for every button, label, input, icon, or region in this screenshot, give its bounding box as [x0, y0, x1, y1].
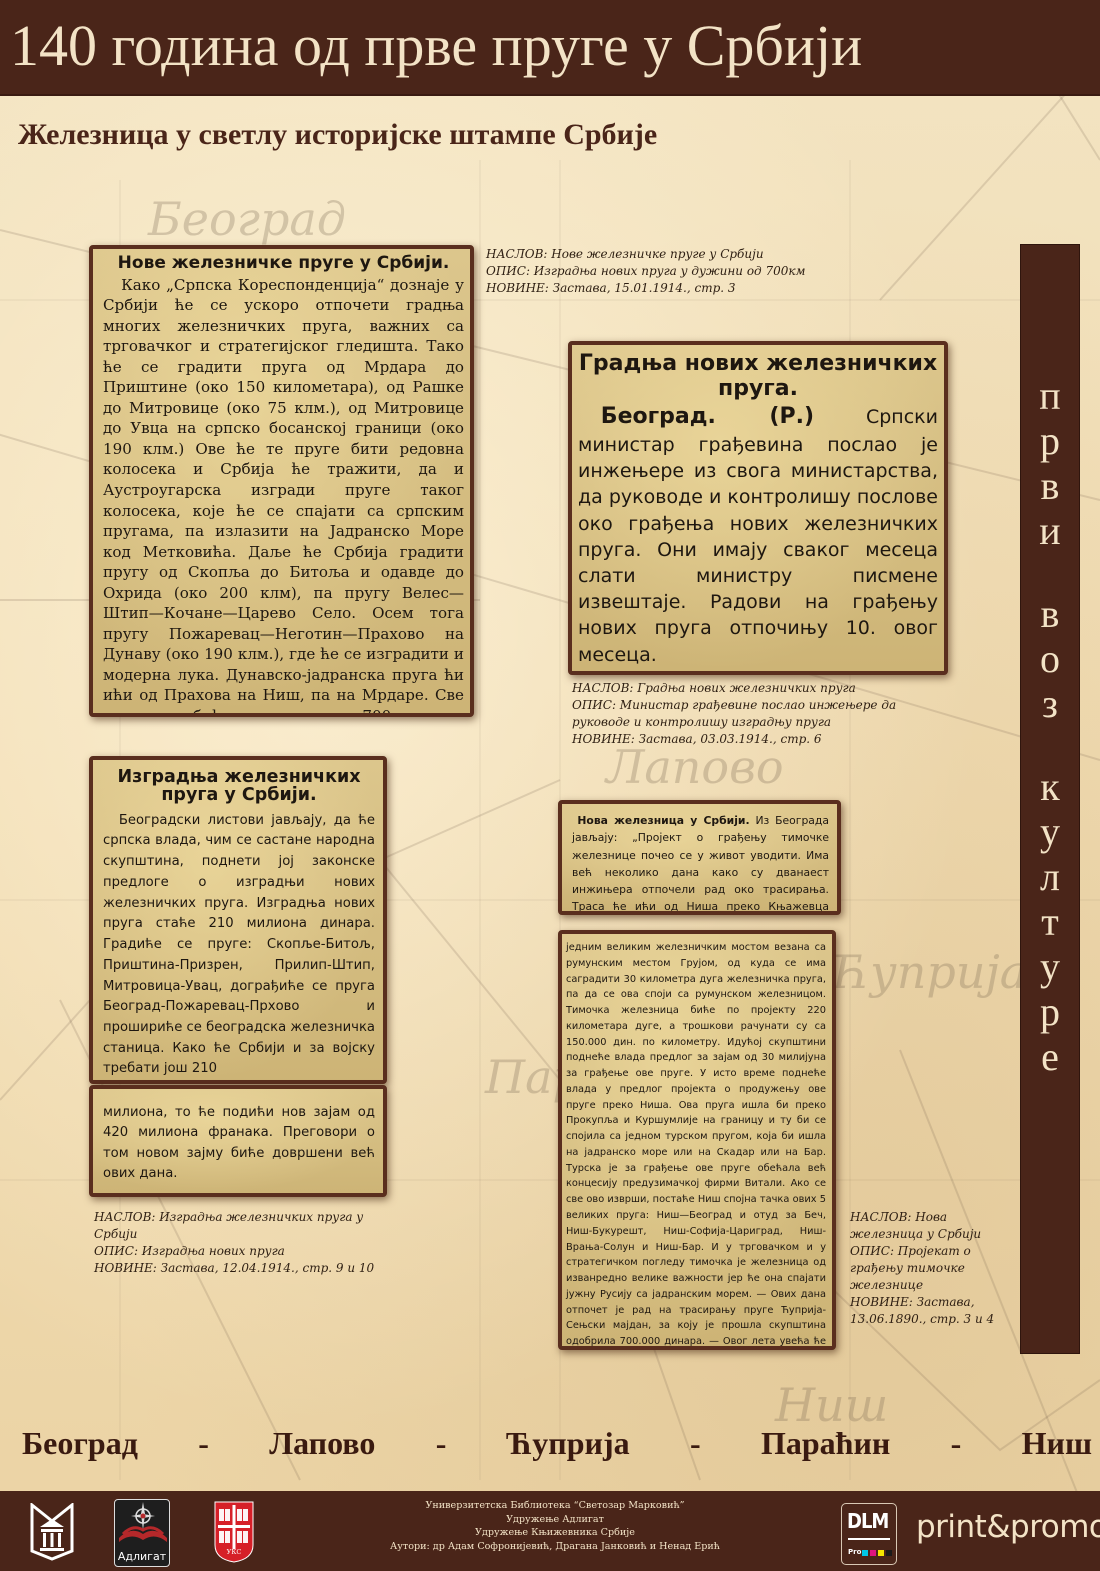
cyan-swatch-icon	[862, 1550, 868, 1556]
newspaper-clipping-2: Градња нових железничких пруга. Београд.…	[568, 341, 948, 675]
footer-credit-line: Удружење Адлигат	[380, 1513, 730, 1527]
clipping-body: Нова железница у Србији. Из Београда јав…	[572, 812, 829, 915]
caption-description: ОПИС: Изградња нових пруга	[94, 1243, 394, 1260]
map-label-nis: Ниш	[775, 1378, 888, 1432]
adligat-compass-book-icon	[115, 1500, 171, 1546]
page-title: 140 година од прве пруге у Србији	[10, 12, 862, 79]
newspaper-clipping-1: Нове железничке пруге у Србији. Како „Ср…	[89, 245, 474, 717]
route-separator: -	[198, 1425, 209, 1462]
dlm-logo: DLM Pro	[841, 1503, 897, 1565]
newspaper-clipping-3-part-1: Изградња железничких пруга у Србији. Бео…	[89, 756, 387, 1084]
newspaper-clipping-4-part-1: Нова железница у Србији. Из Београда јав…	[558, 800, 841, 915]
clipping-headline: Градња нових железничких пруга.	[578, 351, 938, 402]
clipping-body: Како „Српска Кореспонденција“ дознаје у …	[103, 275, 464, 717]
caption-source: НОВИНЕ: Застава, 13.06.1890., стр. 3 и 4	[850, 1294, 1010, 1328]
caption-title: НАСЛОВ: Нова железница у Србији	[850, 1209, 1010, 1243]
newspaper-clipping-3-part-2: милиона, то ће подићи нов зајам од 420 м…	[89, 1085, 387, 1197]
clipping-lead: Београд. (Р.)	[601, 404, 814, 429]
yellow-swatch-icon	[878, 1550, 884, 1556]
clipping-caption-4: НАСЛОВ: Нова железница у Србији ОПИС: Пр…	[850, 1209, 1010, 1328]
route-stop: Ћуприја	[507, 1425, 630, 1462]
route-separator: -	[436, 1425, 447, 1462]
side-band-letter: о	[1040, 636, 1060, 681]
clipping-body-text: Српски министар грађевина послао је инже…	[578, 406, 938, 666]
side-band-letter: в	[1041, 463, 1060, 508]
map-label-cuprija: Ћуприја	[830, 945, 1027, 999]
caption-description: ОПИС: Пројекат о грађењу тимочке железни…	[850, 1243, 1010, 1294]
footer-credit-line: Аутори: др Адам Софронијевић, Драгана Ја…	[380, 1540, 730, 1554]
clipping-caption-1: НАСЛОВ: Нове железничке пруге у Србији О…	[486, 246, 846, 297]
side-band-letter: р	[1040, 418, 1060, 463]
library-logo-icon	[30, 1503, 74, 1561]
black-swatch-icon	[886, 1550, 892, 1556]
adligat-logo: Адлигат	[114, 1499, 170, 1567]
route-line: Београд-Лапово-Ћуприја-Параћин-Ниш	[22, 1425, 1092, 1462]
clipping-headline: Нове железничке пруге у Србији.	[103, 255, 464, 273]
print-promo-logo: print&promo	[916, 1509, 1100, 1545]
clipping-headline: Изградња железничких пруга у Србији.	[103, 768, 375, 805]
side-band-letter: к	[1040, 764, 1059, 809]
newspaper-clipping-4-part-2: једним великим железничким мостом везана…	[558, 930, 836, 1350]
route-stop: Ниш	[1022, 1425, 1092, 1462]
side-band-letter: л	[1040, 854, 1060, 899]
dlm-logo-text: DLM	[847, 1509, 888, 1533]
side-band-vertical-title: првивозкултуре	[1020, 244, 1080, 1354]
route-separator: -	[951, 1425, 962, 1462]
clipping-body-text: Из Београда јављају: „Пројект о грађењу …	[572, 814, 829, 915]
caption-source: НОВИНЕ: Застава, 12.04.1914., стр. 9 и 1…	[94, 1260, 394, 1277]
caption-title: НАСЛОВ: Изградња железничких пруга у Срб…	[94, 1209, 394, 1243]
clipping-body: Београд. (Р.) Српски министар грађевина …	[578, 402, 938, 668]
uks-logo: УКС	[214, 1501, 254, 1563]
route-separator: -	[690, 1425, 701, 1462]
side-band-letter: у	[1040, 944, 1060, 989]
side-band-letter: и	[1039, 508, 1060, 553]
route-stop: Лапово	[269, 1425, 375, 1462]
caption-description: ОПИС: Министар грађевине послао инжењере…	[572, 697, 932, 731]
caption-source: НОВИНЕ: Застава, 15.01.1914., стр. 3	[486, 280, 846, 297]
route-stop: Параћин	[761, 1425, 890, 1462]
clipping-caption-3: НАСЛОВ: Изградња железничких пруга у Срб…	[94, 1209, 394, 1277]
side-band-letter: р	[1040, 989, 1060, 1034]
side-band-letter: у	[1040, 809, 1060, 854]
side-band-letter: п	[1039, 373, 1060, 418]
page-subtitle: Железница у светлу историјске штампе Срб…	[18, 118, 657, 152]
dlm-logo-rule	[848, 1538, 890, 1540]
caption-title: НАСЛОВ: Градња нових железничких пруга	[572, 680, 932, 697]
footer-band: Адлигат УКС Универзитетска Библиотека “С…	[0, 1491, 1100, 1571]
footer-credits: Универзитетска Библиотека “Светозар Марк…	[380, 1499, 730, 1553]
caption-description: ОПИС: Изградња нових пруга у дужини од 7…	[486, 263, 846, 280]
side-band-letter: т	[1041, 899, 1058, 944]
side-band-letter: е	[1041, 1034, 1059, 1079]
route-stop: Београд	[22, 1425, 138, 1462]
footer-credit-line: Универзитетска Библиотека “Светозар Марк…	[380, 1499, 730, 1513]
clipping-caption-2: НАСЛОВ: Градња нових железничких пруга О…	[572, 680, 932, 748]
footer-credit-line: Удружење Књижевника Србије	[380, 1526, 730, 1540]
clipping-body: једним великим железничким мостом везана…	[566, 940, 826, 1350]
adligat-logo-label: Адлигат	[115, 1550, 169, 1563]
caption-title: НАСЛОВ: Нове железничке пруге у Србији	[486, 246, 846, 263]
caption-source: НОВИНЕ: Застава, 03.03.1914., стр. 6	[572, 731, 932, 748]
clipping-headline: Нова железница у Србији.	[577, 814, 749, 827]
clipping-body: Београдски листови јављају, да ће српска…	[103, 811, 375, 1080]
clipping-body: милиона, то ће подићи нов зајам од 420 м…	[103, 1103, 375, 1185]
dlm-logo-pro: Pro	[848, 1548, 861, 1556]
magenta-swatch-icon	[870, 1550, 876, 1556]
side-band-letter: з	[1042, 681, 1058, 726]
map-label-beograd: Београд	[148, 192, 346, 246]
uks-logo-label: УКС	[214, 1548, 254, 1556]
header-band: 140 година од прве пруге у Србији	[0, 0, 1100, 96]
side-band-letter: в	[1041, 591, 1060, 636]
